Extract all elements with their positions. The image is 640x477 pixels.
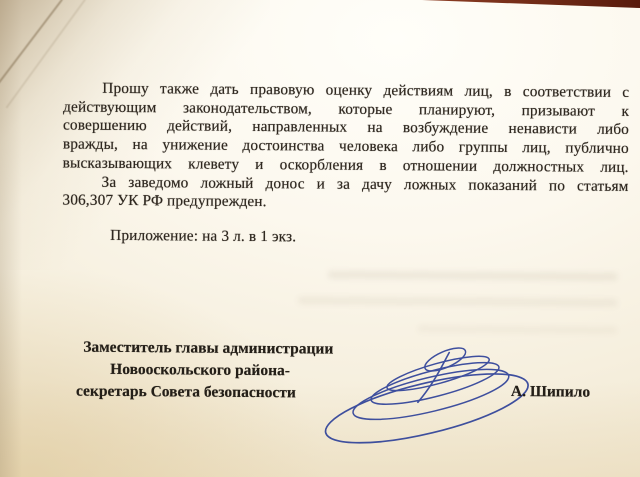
bleed-through-smudge <box>298 296 618 307</box>
document-page: Прошу также дать правовую оценку действи… <box>0 0 640 477</box>
signer-title: Заместитель главы администрацииНовооскол… <box>49 336 342 404</box>
document-photo: Прошу также дать правовую оценку действи… <box>0 0 640 477</box>
bleed-through-smudge <box>328 271 618 281</box>
bleed-through-smudge <box>417 325 617 334</box>
signer-name: А. Шипило <box>511 383 590 402</box>
signer-title-line: Новооскольского района- <box>54 358 346 382</box>
body-text: Прошу также дать правовую оценку действи… <box>62 80 629 250</box>
signer-title-line: Заместитель главы администрации <box>62 337 354 361</box>
attachment-line: Приложение: на 3 л. в 1 экз. <box>62 226 628 249</box>
signer-title-line: секретарь Совета безопасности <box>40 380 332 404</box>
